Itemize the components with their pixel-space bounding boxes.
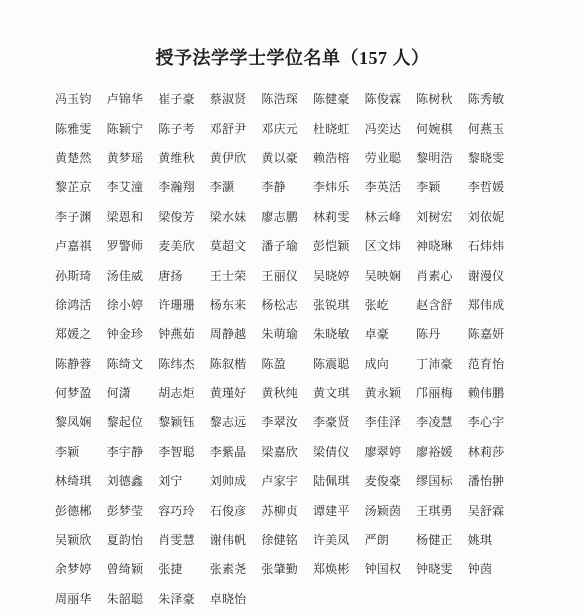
name-cell: 李凌慧 xyxy=(416,413,468,430)
name-cell: 杨松志 xyxy=(261,296,313,313)
name-cell: 李艾潼 xyxy=(107,178,159,195)
name-cell: 廖志鹏 xyxy=(261,208,313,225)
name-cell: 夏韵怡 xyxy=(107,531,159,548)
name-cell: 陈健豪 xyxy=(313,90,365,107)
name-row: 李子渊梁恩和梁俊芳梁水妹廖志鹏林莉雯林云峰刘树宏刘依妮 xyxy=(55,202,585,231)
name-cell: 梁倩仪 xyxy=(313,443,365,460)
name-cell: 孙斯琦 xyxy=(55,267,107,284)
name-cell: 卢锦华 xyxy=(107,90,159,107)
name-cell: 谢漫仪 xyxy=(468,267,520,284)
name-cell: 卢嘉祺 xyxy=(55,237,107,254)
name-cell: 麦美欣 xyxy=(158,237,210,254)
name-cell: 邝丽梅 xyxy=(416,384,468,401)
name-cell: 钟国权 xyxy=(365,560,417,577)
name-cell: 陆佩琪 xyxy=(313,472,365,489)
name-cell: 黎明浩 xyxy=(416,149,468,166)
name-cell: 钟茵 xyxy=(468,560,520,577)
name-cell: 钟晓雯 xyxy=(416,560,468,577)
name-cell: 罗警师 xyxy=(107,237,159,254)
name-cell: 成向 xyxy=(365,355,417,372)
name-row: 冯玉钧卢锦华崔子豪蔡淑贤陈浩琛陈健豪陈俊霖陈树秋陈秀敏 xyxy=(55,84,585,113)
name-cell: 卓豪 xyxy=(365,325,417,342)
name-row: 李颖李宇静李智聪李紫晶梁嘉欣梁倩仪廖翠婷廖裕媛林莉莎 xyxy=(55,437,585,466)
name-cell: 何婉棋 xyxy=(416,120,468,137)
name-cell: 林莉雯 xyxy=(313,208,365,225)
name-cell: 唐扬 xyxy=(158,267,210,284)
name-cell: 陈子考 xyxy=(158,120,210,137)
name-cell: 范育怡 xyxy=(468,355,520,372)
name-cell: 麦俊豪 xyxy=(365,472,417,489)
name-cell: 卓晓怡 xyxy=(210,590,262,607)
name-cell: 区文炜 xyxy=(365,237,417,254)
name-cell: 朱萌瑜 xyxy=(261,325,313,342)
name-cell: 胡志炬 xyxy=(158,384,210,401)
name-cell: 李紫晶 xyxy=(210,443,262,460)
name-cell: 朱韶聪 xyxy=(107,590,159,607)
name-row: 徐鸿活徐小婷许珊珊杨东来杨松志张锐琪张屹赵含舒郑伟成 xyxy=(55,290,585,319)
name-cell: 王丽仪 xyxy=(261,267,313,284)
name-cell: 石炜炜 xyxy=(468,237,520,254)
name-cell: 李佳泽 xyxy=(365,413,417,430)
name-cell: 陈秀敏 xyxy=(468,90,520,107)
name-cell: 钟燕茹 xyxy=(158,325,210,342)
name-cell: 曾绮颖 xyxy=(107,560,159,577)
name-row: 黎凤娴黎起位黎颖钰黎志远李翠汝李豪贤李佳泽李凌慧李心宇 xyxy=(55,407,585,436)
name-cell: 李子渊 xyxy=(55,208,107,225)
name-cell: 潘子瑜 xyxy=(261,237,313,254)
name-cell: 李宇静 xyxy=(107,443,159,460)
name-cell: 黎凤娴 xyxy=(55,413,107,430)
name-cell: 石俊彦 xyxy=(210,502,262,519)
name-cell: 陈盈 xyxy=(261,355,313,372)
name-cell: 朱晓敏 xyxy=(313,325,365,342)
name-cell: 黄楚然 xyxy=(55,149,107,166)
name-cell: 杜晓虹 xyxy=(313,120,365,137)
name-cell: 张肇勤 xyxy=(261,560,313,577)
name-cell: 杨东来 xyxy=(210,296,262,313)
name-row: 陈雅雯陈颖宁陈子考邓舒尹邓庆元杜晓虹冯奕达何婉棋何燕玉 xyxy=(55,113,585,142)
name-cell: 姚琪 xyxy=(468,531,520,548)
name-cell: 李炜乐 xyxy=(313,178,365,195)
name-row: 林绮琪刘德鑫刘宁刘帅成卢家宇陆佩琪麦俊豪缪国标潘怡翀 xyxy=(55,466,585,495)
name-cell: 李静 xyxy=(261,178,313,195)
name-cell: 谢伟帆 xyxy=(210,531,262,548)
name-cell: 许珊珊 xyxy=(158,296,210,313)
name-cell: 肖素心 xyxy=(416,267,468,284)
name-cell: 李英活 xyxy=(365,178,417,195)
name-cell: 黄瑾好 xyxy=(210,384,262,401)
name-cell: 林莉莎 xyxy=(468,443,520,460)
name-cell: 何潇 xyxy=(107,384,159,401)
name-cell: 蔡淑贤 xyxy=(210,90,262,107)
name-cell: 陈静蓉 xyxy=(55,355,107,372)
name-cell: 黄文琪 xyxy=(313,384,365,401)
name-row: 何梦盈何潇胡志炬黄瑾好黄秋纯黄文琪黄永颖邝丽梅赖伟鹏 xyxy=(55,378,585,407)
name-cell: 余梦婷 xyxy=(55,560,107,577)
name-cell: 郑伟成 xyxy=(468,296,520,313)
name-cell: 黎颖钰 xyxy=(158,413,210,430)
name-cell: 黄伊欣 xyxy=(210,149,262,166)
name-cell: 黎志远 xyxy=(210,413,262,430)
name-cell: 潘怡翀 xyxy=(468,472,520,489)
name-cell: 陈树秋 xyxy=(416,90,468,107)
name-cell: 陈纬杰 xyxy=(158,355,210,372)
name-row: 黄楚然黄梦瑶黄维秋黄伊欣黄以豪赖浩榕劳业聪黎明浩黎晓雯 xyxy=(55,143,585,172)
name-cell: 赖伟鹏 xyxy=(468,384,520,401)
name-cell: 李颖 xyxy=(416,178,468,195)
name-cell: 莫超文 xyxy=(210,237,262,254)
name-cell: 郑焕彬 xyxy=(313,560,365,577)
name-row: 余梦婷曾绮颖张捷张素尧张肇勤郑焕彬钟国权钟晓雯钟茵 xyxy=(55,554,585,583)
name-cell: 杨健正 xyxy=(416,531,468,548)
name-cell: 李翠汝 xyxy=(261,413,313,430)
name-cell: 林绮琪 xyxy=(55,472,107,489)
name-cell: 冯玉钧 xyxy=(55,90,107,107)
name-cell: 缪国标 xyxy=(416,472,468,489)
name-cell: 徐小婷 xyxy=(107,296,159,313)
name-cell: 邓庆元 xyxy=(261,120,313,137)
name-row: 吴颖欣夏韵怡肖雯慧谢伟帆徐健铭许美凤严朗杨健正姚琪 xyxy=(55,525,585,554)
name-cell: 汤佳威 xyxy=(107,267,159,284)
name-cell: 王士荣 xyxy=(210,267,262,284)
name-cell: 李瀚翔 xyxy=(158,178,210,195)
name-cell: 郑媛之 xyxy=(55,325,107,342)
name-cell: 李心宇 xyxy=(468,413,520,430)
name-cell: 梁水妹 xyxy=(210,208,262,225)
name-cell: 谭建平 xyxy=(313,502,365,519)
document-page: 授予法学学士学位名单（157 人） 冯玉钧卢锦华崔子豪蔡淑贤陈浩琛陈健豪陈俊霖陈… xyxy=(0,0,585,615)
name-cell: 李豪贤 xyxy=(313,413,365,430)
name-cell: 丁沛豪 xyxy=(416,355,468,372)
name-cell: 李颖 xyxy=(55,443,107,460)
name-cell: 张捷 xyxy=(158,560,210,577)
name-cell: 黎晓雯 xyxy=(468,149,520,166)
name-cell: 张屹 xyxy=(365,296,417,313)
name-cell: 彭德郴 xyxy=(55,502,107,519)
name-cell: 卢家宇 xyxy=(261,472,313,489)
name-row: 郑媛之钟金珍钟燕茹周静越朱萌瑜朱晓敏卓豪陈丹陈嘉妍 xyxy=(55,319,585,348)
name-cell: 刘树宏 xyxy=(416,208,468,225)
name-cell: 陈雅雯 xyxy=(55,120,107,137)
name-cell: 汤颖茵 xyxy=(365,502,417,519)
name-cell: 黎起位 xyxy=(107,413,159,430)
name-cell: 梁嘉欣 xyxy=(261,443,313,460)
name-cell: 劳业聪 xyxy=(365,149,417,166)
name-cell: 黄以豪 xyxy=(261,149,313,166)
name-cell: 何梦盈 xyxy=(55,384,107,401)
name-row: 孙斯琦汤佳威唐扬王士荣王丽仪吴晓婷吴映娴肖素心谢漫仪 xyxy=(55,260,585,289)
name-cell: 神晓琳 xyxy=(416,237,468,254)
name-cell: 周静越 xyxy=(210,325,262,342)
name-cell: 赵含舒 xyxy=(416,296,468,313)
name-cell: 黄永颖 xyxy=(365,384,417,401)
name-cell: 周丽华 xyxy=(55,590,107,607)
name-cell: 吴映娴 xyxy=(365,267,417,284)
name-cell: 刘依妮 xyxy=(468,208,520,225)
name-cell: 彭梦莹 xyxy=(107,502,159,519)
name-cell: 黄维秋 xyxy=(158,149,210,166)
name-cell: 彭恺颖 xyxy=(313,237,365,254)
name-cell: 张锐琪 xyxy=(313,296,365,313)
name-cell: 吴颖欣 xyxy=(55,531,107,548)
name-row: 周丽华朱韶聪朱泽豪卓晓怡 xyxy=(55,584,585,613)
name-cell: 林云峰 xyxy=(365,208,417,225)
name-cell: 刘宁 xyxy=(158,472,210,489)
name-cell: 陈丹 xyxy=(416,325,468,342)
name-cell: 黎芷京 xyxy=(55,178,107,195)
name-cell: 陈叙楷 xyxy=(210,355,262,372)
name-cell: 许美凤 xyxy=(313,531,365,548)
name-cell: 陈颖宁 xyxy=(107,120,159,137)
name-cell: 肖雯慧 xyxy=(158,531,210,548)
name-cell: 黄梦瑶 xyxy=(107,149,159,166)
name-cell: 徐鸿活 xyxy=(55,296,107,313)
page-title: 授予法学学士学位名单（157 人） xyxy=(0,0,585,70)
name-cell: 张素尧 xyxy=(210,560,262,577)
name-cell: 陈嘉妍 xyxy=(468,325,520,342)
name-cell: 李灏 xyxy=(210,178,262,195)
name-row: 陈静蓉陈绮文陈纬杰陈叙楷陈盈陈震聪成向丁沛豪范育怡 xyxy=(55,349,585,378)
name-row: 卢嘉祺罗警师麦美欣莫超文潘子瑜彭恺颖区文炜神晓琳石炜炜 xyxy=(55,231,585,260)
name-cell: 李哲媛 xyxy=(468,178,520,195)
name-cell: 徐健铭 xyxy=(261,531,313,548)
name-cell: 陈俊霖 xyxy=(365,90,417,107)
name-row: 黎芷京李艾潼李瀚翔李灏李静李炜乐李英活李颖李哲媛 xyxy=(55,172,585,201)
name-cell: 崔子豪 xyxy=(158,90,210,107)
name-cell: 赖浩榕 xyxy=(313,149,365,166)
name-cell: 容巧玲 xyxy=(158,502,210,519)
name-cell: 陈浩琛 xyxy=(261,90,313,107)
name-cell: 王琪勇 xyxy=(416,502,468,519)
name-grid: 冯玉钧卢锦华崔子豪蔡淑贤陈浩琛陈健豪陈俊霖陈树秋陈秀敏陈雅雯陈颖宁陈子考邓舒尹邓… xyxy=(0,70,585,613)
name-cell: 邓舒尹 xyxy=(210,120,262,137)
name-cell: 刘德鑫 xyxy=(107,472,159,489)
name-cell: 廖裕媛 xyxy=(416,443,468,460)
name-cell: 黄秋纯 xyxy=(261,384,313,401)
name-row: 彭德郴彭梦莹容巧玲石俊彦苏柳贞谭建平汤颖茵王琪勇吴舒霖 xyxy=(55,495,585,524)
name-cell: 陈绮文 xyxy=(107,355,159,372)
name-cell: 何燕玉 xyxy=(468,120,520,137)
name-cell: 朱泽豪 xyxy=(158,590,210,607)
name-cell: 苏柳贞 xyxy=(261,502,313,519)
name-cell: 陈震聪 xyxy=(313,355,365,372)
name-cell: 钟金珍 xyxy=(107,325,159,342)
name-cell: 刘帅成 xyxy=(210,472,262,489)
name-cell: 梁恩和 xyxy=(107,208,159,225)
name-cell: 梁俊芳 xyxy=(158,208,210,225)
name-cell: 严朗 xyxy=(365,531,417,548)
name-cell: 李智聪 xyxy=(158,443,210,460)
name-cell: 冯奕达 xyxy=(365,120,417,137)
name-cell: 廖翠婷 xyxy=(365,443,417,460)
name-cell: 吴舒霖 xyxy=(468,502,520,519)
name-cell: 吴晓婷 xyxy=(313,267,365,284)
